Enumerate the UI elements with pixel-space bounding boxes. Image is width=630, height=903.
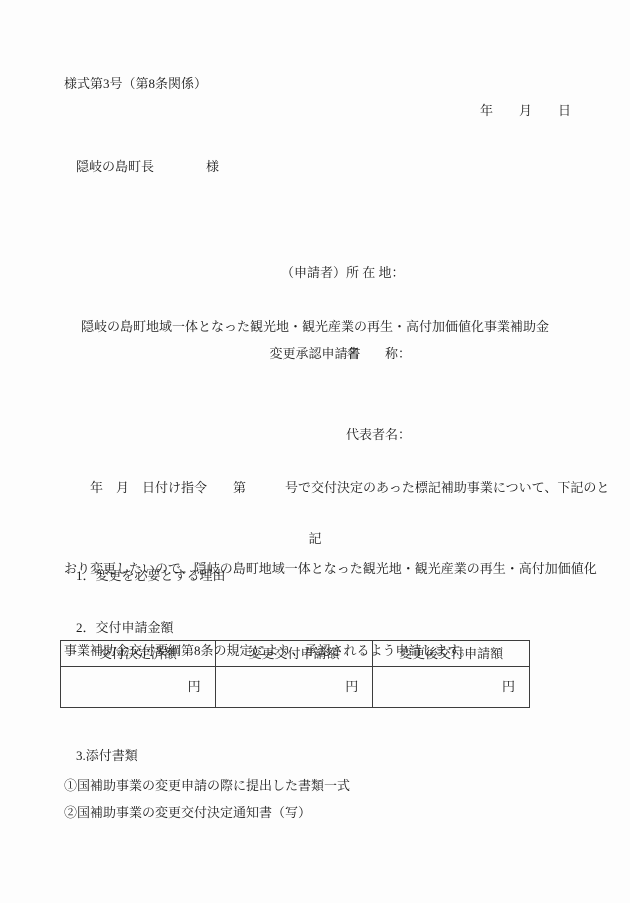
- attachment-item: ②国補助事業の変更交付決定通知書（写）: [64, 803, 311, 823]
- amount-table-cell: 円: [61, 667, 216, 708]
- attachment-item: ①国補助事業の変更申請の際に提出した書類一式: [64, 776, 350, 796]
- section1-heading: 1．変更を必要とする理由: [76, 566, 226, 586]
- amount-table-header: 変更後交付申請額: [373, 641, 530, 667]
- body-paragraph-line: 年 月 日付け指令 第 号で交付決定のあった標記補助事業について、下記のと: [64, 474, 604, 501]
- amount-table-cell: 円: [215, 667, 373, 708]
- document-title-line1: 隠岐の島町地域一体となった観光地・観光産業の再生・高付加価値化事業補助金: [0, 317, 630, 337]
- section3-heading: 3.添付書類: [76, 746, 138, 766]
- applicant-address-label: 所 在 地：: [346, 265, 405, 280]
- amount-table-cell: 円: [373, 667, 530, 708]
- applicant-prefix: （申請者）: [281, 265, 346, 280]
- form-number: 様式第3号（第8条関係）: [64, 74, 207, 94]
- applicant-address-line: （申請者）所 在 地：: [281, 259, 411, 286]
- amount-table-header: 変更交付申請額: [215, 641, 373, 667]
- amount-table-value-row: 円 円 円: [61, 667, 530, 708]
- document-title-line2: 変更承認申請書: [0, 344, 630, 364]
- amount-table: 交付決定済額 変更交付申請額 変更後交付申請額 円 円 円: [60, 640, 530, 708]
- application-form-page: 様式第3号（第8条関係） 年 月 日 隠岐の島町長 様 （申請者）所 在 地： …: [0, 0, 630, 903]
- amount-table-header: 交付決定済額: [61, 641, 216, 667]
- ki-mark: 記: [0, 529, 630, 549]
- addressee-line: 隠岐の島町長 様: [76, 157, 219, 177]
- date-line: 年 月 日: [480, 101, 571, 121]
- section2-heading: 2．交付申請金額: [76, 618, 174, 638]
- amount-table-header-row: 交付決定済額 変更交付申請額 変更後交付申請額: [61, 641, 530, 667]
